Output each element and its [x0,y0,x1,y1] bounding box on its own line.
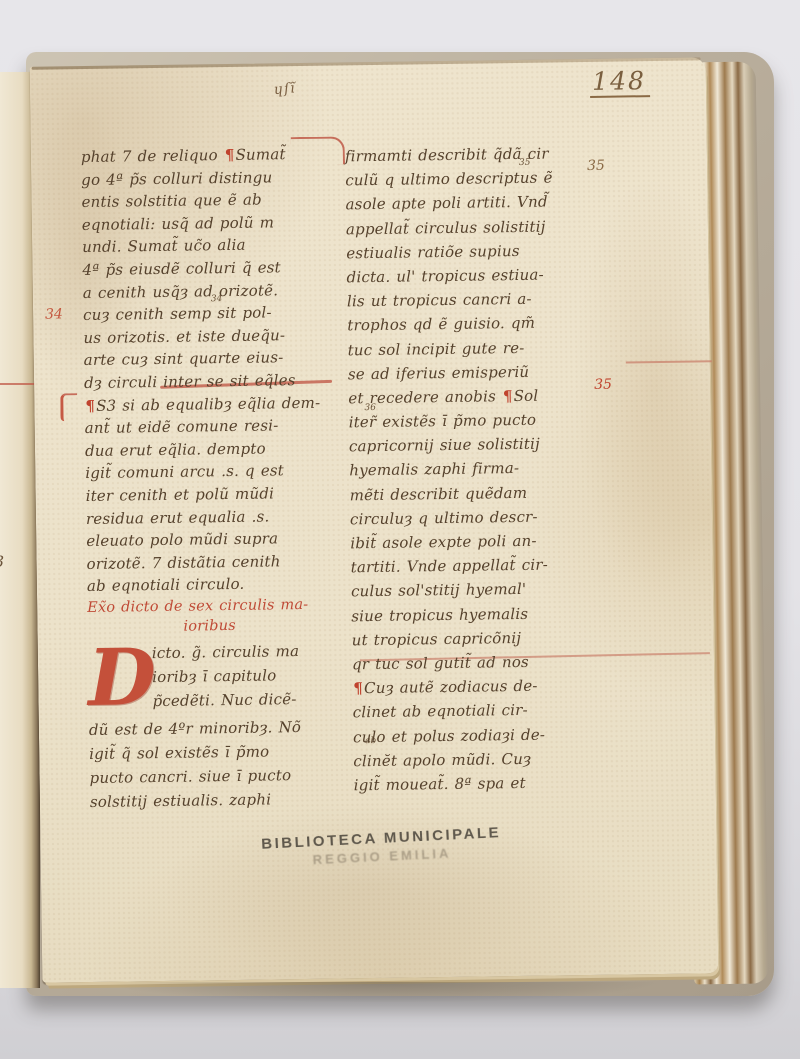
initial-paragraph: D icto. g̃. circulis maioribȝ ī capitulo… [88,638,341,714]
left-column-main-block: phat 7 de reliquo ¶Sumat̃go 4ª p̃s collu… [81,143,339,598]
manuscript-page: 148 ɥſı̃ 34 35 35 34 35 36 ab phat 7 de … [30,57,719,982]
rubric-line-2: ioribus [183,614,339,636]
rubric-line-1: Ex̃o dicto de sex circulis ma- [87,594,339,618]
library-stamp: BIBLIOTECA MUNICIPALE REGGIO EMILIA [236,823,527,871]
facing-edge-mark: 3 [0,552,4,571]
folio-number: 148 [590,66,650,98]
right-text-column: firmamti describit q̃dã circulũ q ultimo… [345,140,644,797]
pilcrow-mark: ¶ [224,146,236,164]
text-line: solstitij estiualis. zaphi [90,787,342,815]
decorated-initial-D: D [88,643,145,718]
pilcrow-mark: ¶ [502,387,514,405]
text-line: igit̃ moueat̃. 8ª spa et [354,769,644,797]
text-line: ¶S3 si ab equalibȝ eq̃lia dem- [84,391,336,417]
pilcrow-mark: ¶ [84,396,96,414]
manuscript-photo: 3 148 ɥſı̃ 34 35 35 34 35 36 ab phat 7 d… [0,0,800,1059]
right-column-block: firmamti describit q̃dã circulũ q ultimo… [345,140,644,797]
header-mark: ɥſı̃ [273,80,296,98]
left-column-after-initial: dũ est de 4ºr minoribȝ. Nõigit̃ q̃ sol e… [89,714,342,814]
text-line: pucto cancri. siue ī pucto [89,763,341,791]
red-paragraph-bracket [60,393,77,421]
red-margin-line [626,360,712,363]
margin-chapter-34: 34 [45,306,63,322]
book-shadow [40,982,730,1008]
pilcrow-mark: ¶ [352,679,364,697]
text-line: igit̃ q̃ sol existẽs ī p̃mo [89,739,341,767]
left-text-column: phat 7 de reliquo ¶Sumat̃go 4ª p̃s collu… [81,143,342,815]
text-line: dũ est de 4ºr minoribȝ. Nõ [89,714,341,742]
